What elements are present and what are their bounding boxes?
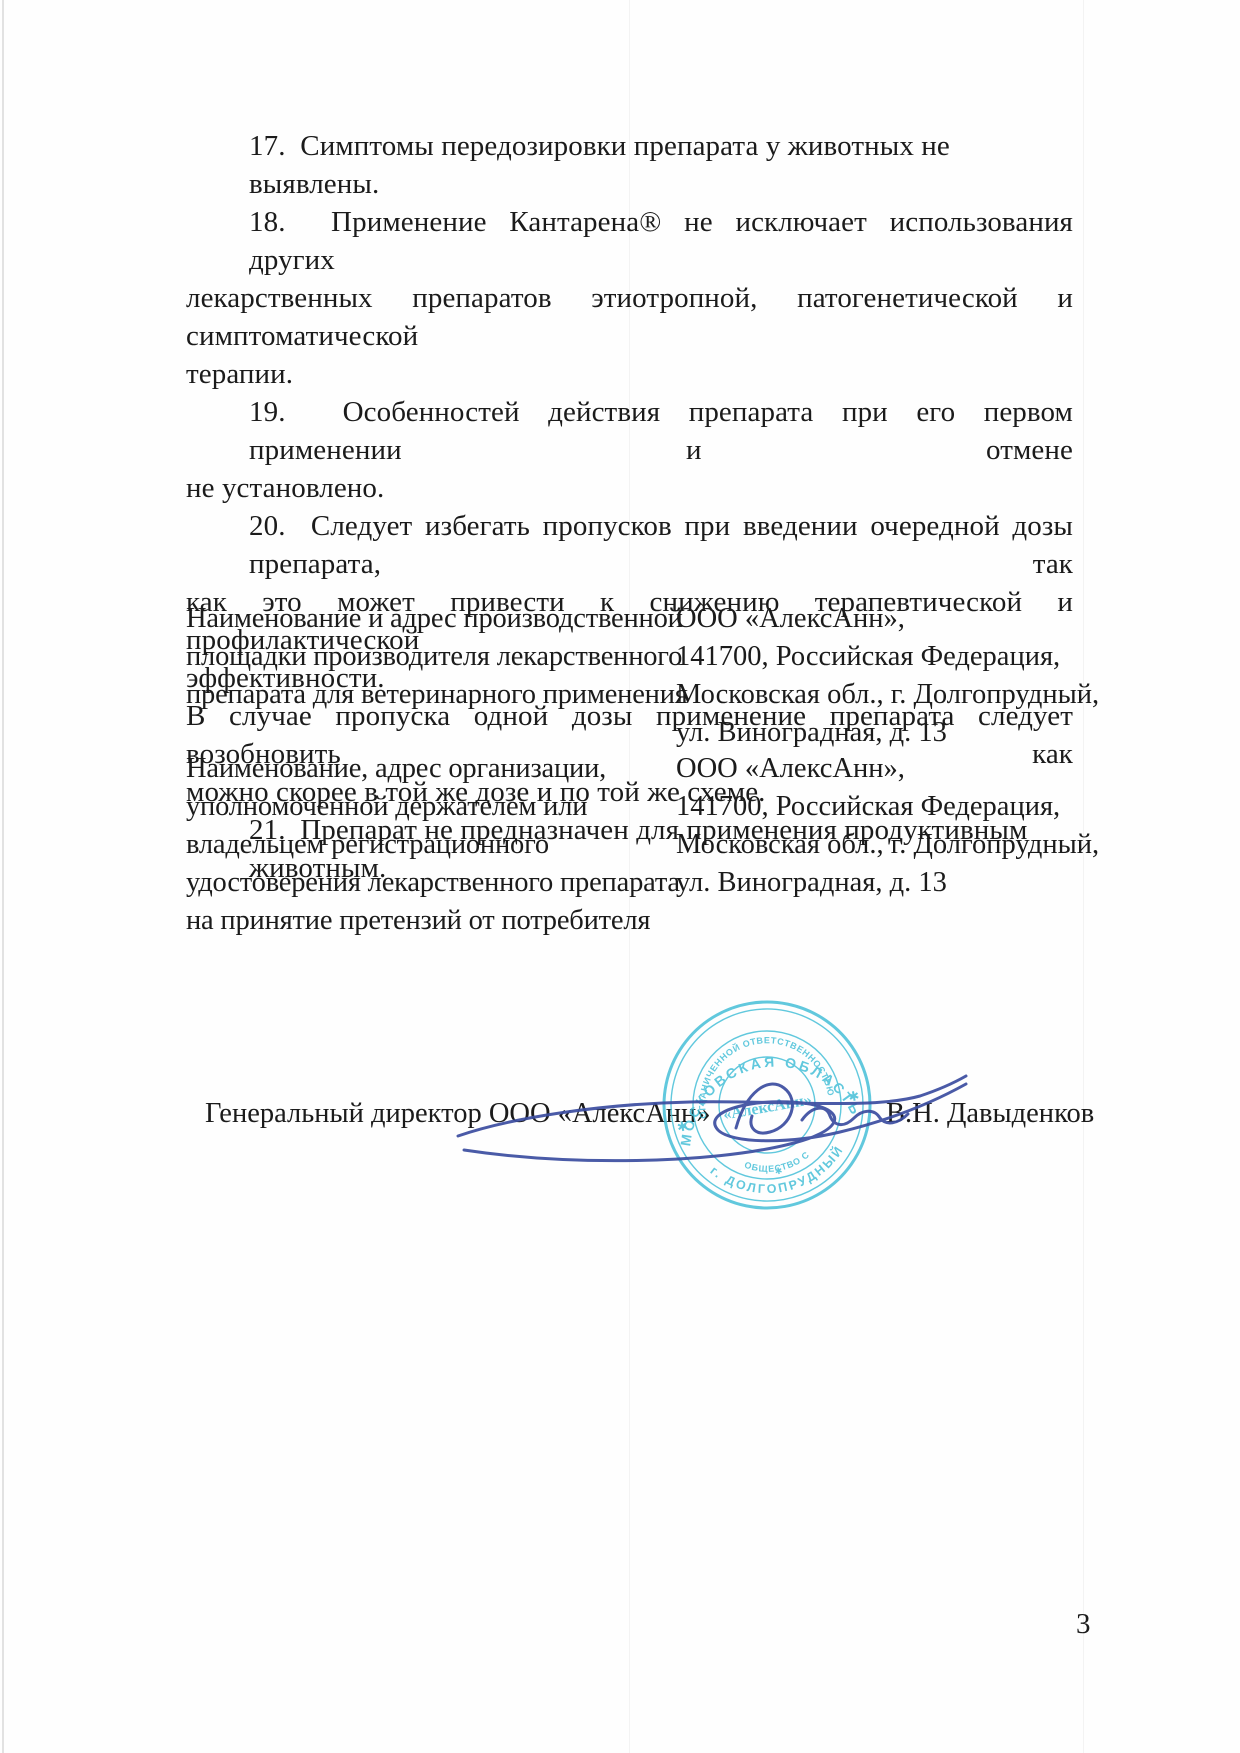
paragraph-20-line: 20. Следует избегать пропусков при введе… xyxy=(186,507,1073,583)
paragraph-18-line: терапии. xyxy=(186,355,1073,393)
paragraph-18-line: лекарственных препаратов этиотропной, па… xyxy=(186,279,1073,355)
registration-holder-label: Наименование, адрес организации, уполном… xyxy=(186,750,680,940)
paragraph-17-line: 17. Симптомы передозировки препарата у ж… xyxy=(186,127,1073,203)
manufacturer-label: Наименование и адрес производственной пл… xyxy=(186,600,688,714)
paragraph-19-line: не установлено. xyxy=(186,469,1073,507)
page-edge-line xyxy=(2,0,4,1753)
registration-holder-value: ООО «АлексАнн», 141700, Российская Федер… xyxy=(676,750,1099,902)
page-number: 3 xyxy=(1076,1608,1091,1641)
signature-strokes xyxy=(458,1076,966,1161)
manufacturer-value: ООО «АлексАнн», 141700, Российская Федер… xyxy=(676,600,1099,752)
handwritten-signature xyxy=(450,1040,980,1180)
paragraph-18-line: 18. Применение Кантарена® не исключает и… xyxy=(186,203,1073,279)
paragraph-19-line: 19. Особенностей действия препарата при … xyxy=(186,393,1073,469)
document-page: 17. Симптомы передозировки препарата у ж… xyxy=(0,0,1240,1753)
